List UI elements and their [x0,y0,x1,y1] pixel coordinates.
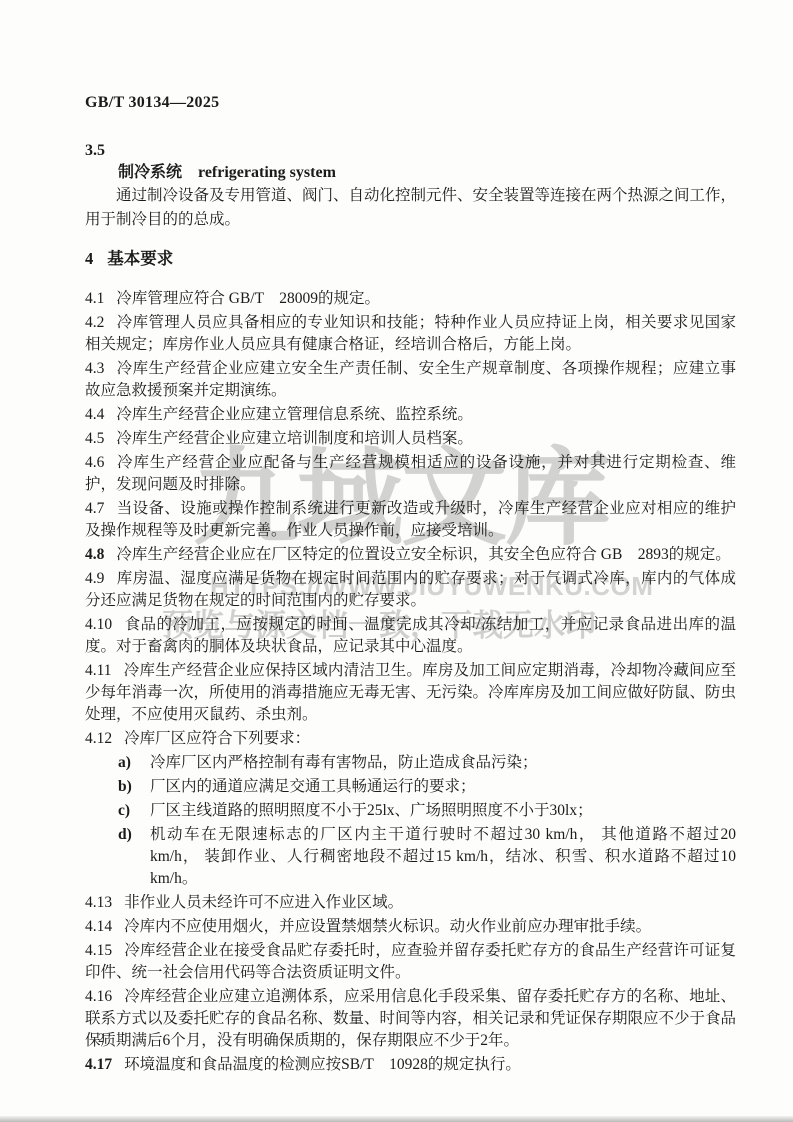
term-number: 3.5 [85,140,736,162]
section-heading: 4基本要求 [85,247,736,271]
clause-4-6: 4.6冷库生产经营企业应配备与生产经营规模相适应的设备设施，并对其进行定期检查、… [85,452,736,496]
term-english: refrigerating system [198,164,336,181]
clause-4-17: 4.17环境温度和食品温度的检测应按SB/T 10928的规定执行。 [85,1054,736,1076]
clause-4-12-item-c: c)厂区主线道路的照明照度不小于25lx、广场照明照度不小于30lx； [85,800,736,822]
clause-4-9: 4.9库房温、湿度应满足货物在规定时间范围内的贮存要求；对于气调式冷库，库内的气… [85,568,736,612]
term-definition: 通过制冷设备及专用管道、阀门、自动化控制元件、安全装置等连接在两个热源之间工作，… [85,184,736,232]
term-chinese: 制冷系统 [118,164,182,181]
clause-4-14: 4.14冷库内不应使用烟火，并应设置禁烟禁火标识。动火作业前应办理审批手续。 [85,916,736,938]
page-number: 2 [98,1030,105,1046]
clause-4-5: 4.5冷库生产经营企业应建立培训制度和培训人员档案。 [85,428,736,450]
term-title: 制冷系统refrigerating system [85,162,736,184]
clause-4-12: 4.12冷库厂区应符合下列要求： [85,728,736,750]
clause-4-10: 4.10食品的冷加工，应按规定的时间、温度完成其冷却/冻结加工，并应记录食品进出… [85,614,736,658]
document-page: 九域文库 HTTPS://WWW.JIUYUWENKU.COM 预览与源文档一致… [0,0,793,1122]
clause-4-8: 4.8冷库生产经营企业应在厂区特定的位置设立安全标识，其安全色应符合 GB 28… [85,544,736,566]
clause-4-1: 4.1冷库管理应符合 GB/T 28009的规定。 [85,288,736,310]
clause-4-15: 4.15冷库经营企业在接受食品贮存委托时，应查验并留存委托贮存方的食品生产经营许… [85,940,736,984]
clause-4-7: 4.7当设备、设施或操作控制系统进行更新改造或升级时，冷库生产经营企业应对相应的… [85,498,736,542]
clause-4-13: 4.13非作业人员未经许可不应进入作业区域。 [85,892,736,914]
clause-4-12-item-d: d)机动车在无限速标志的厂区内主干道行驶时不超过30 km/h， 其他道路不超过… [85,824,736,890]
clause-4-16: 4.16冷库经营企业应建立追溯体系，应采用信息化手段采集、留存委托贮存方的名称、… [85,986,736,1052]
page-bottom-scan-edge [0,1116,793,1122]
document-content: GB/T 30134—2025 3.5 制冷系统refrigerating sy… [85,92,736,1078]
clause-4-12-item-a: a)冷库厂区内严格控制有毒有害物品，防止造成食品污染； [85,752,736,774]
clause-4-12-item-b: b)厂区内的通道应满足交通工具畅通运行的要求； [85,776,736,798]
section-title: 基本要求 [107,249,173,268]
clause-4-2: 4.2冷库管理人员应具备相应的专业知识和技能；特种作业人员应持证上岗，相关要求见… [85,312,736,356]
clause-4-11: 4.11冷库生产经营企业应保持区域内清洁卫生。库房及加工间应定期消毒，冷却物冷藏… [85,660,736,726]
clause-4-3: 4.3冷库生产经营企业应建立安全生产责任制、安全生产规章制度、各项操作规程；应建… [85,358,736,402]
clause-4-4: 4.4冷库生产经营企业应建立管理信息系统、监控系统。 [85,404,736,426]
section-number: 4 [85,249,93,268]
standard-number-header: GB/T 30134—2025 [85,92,736,114]
